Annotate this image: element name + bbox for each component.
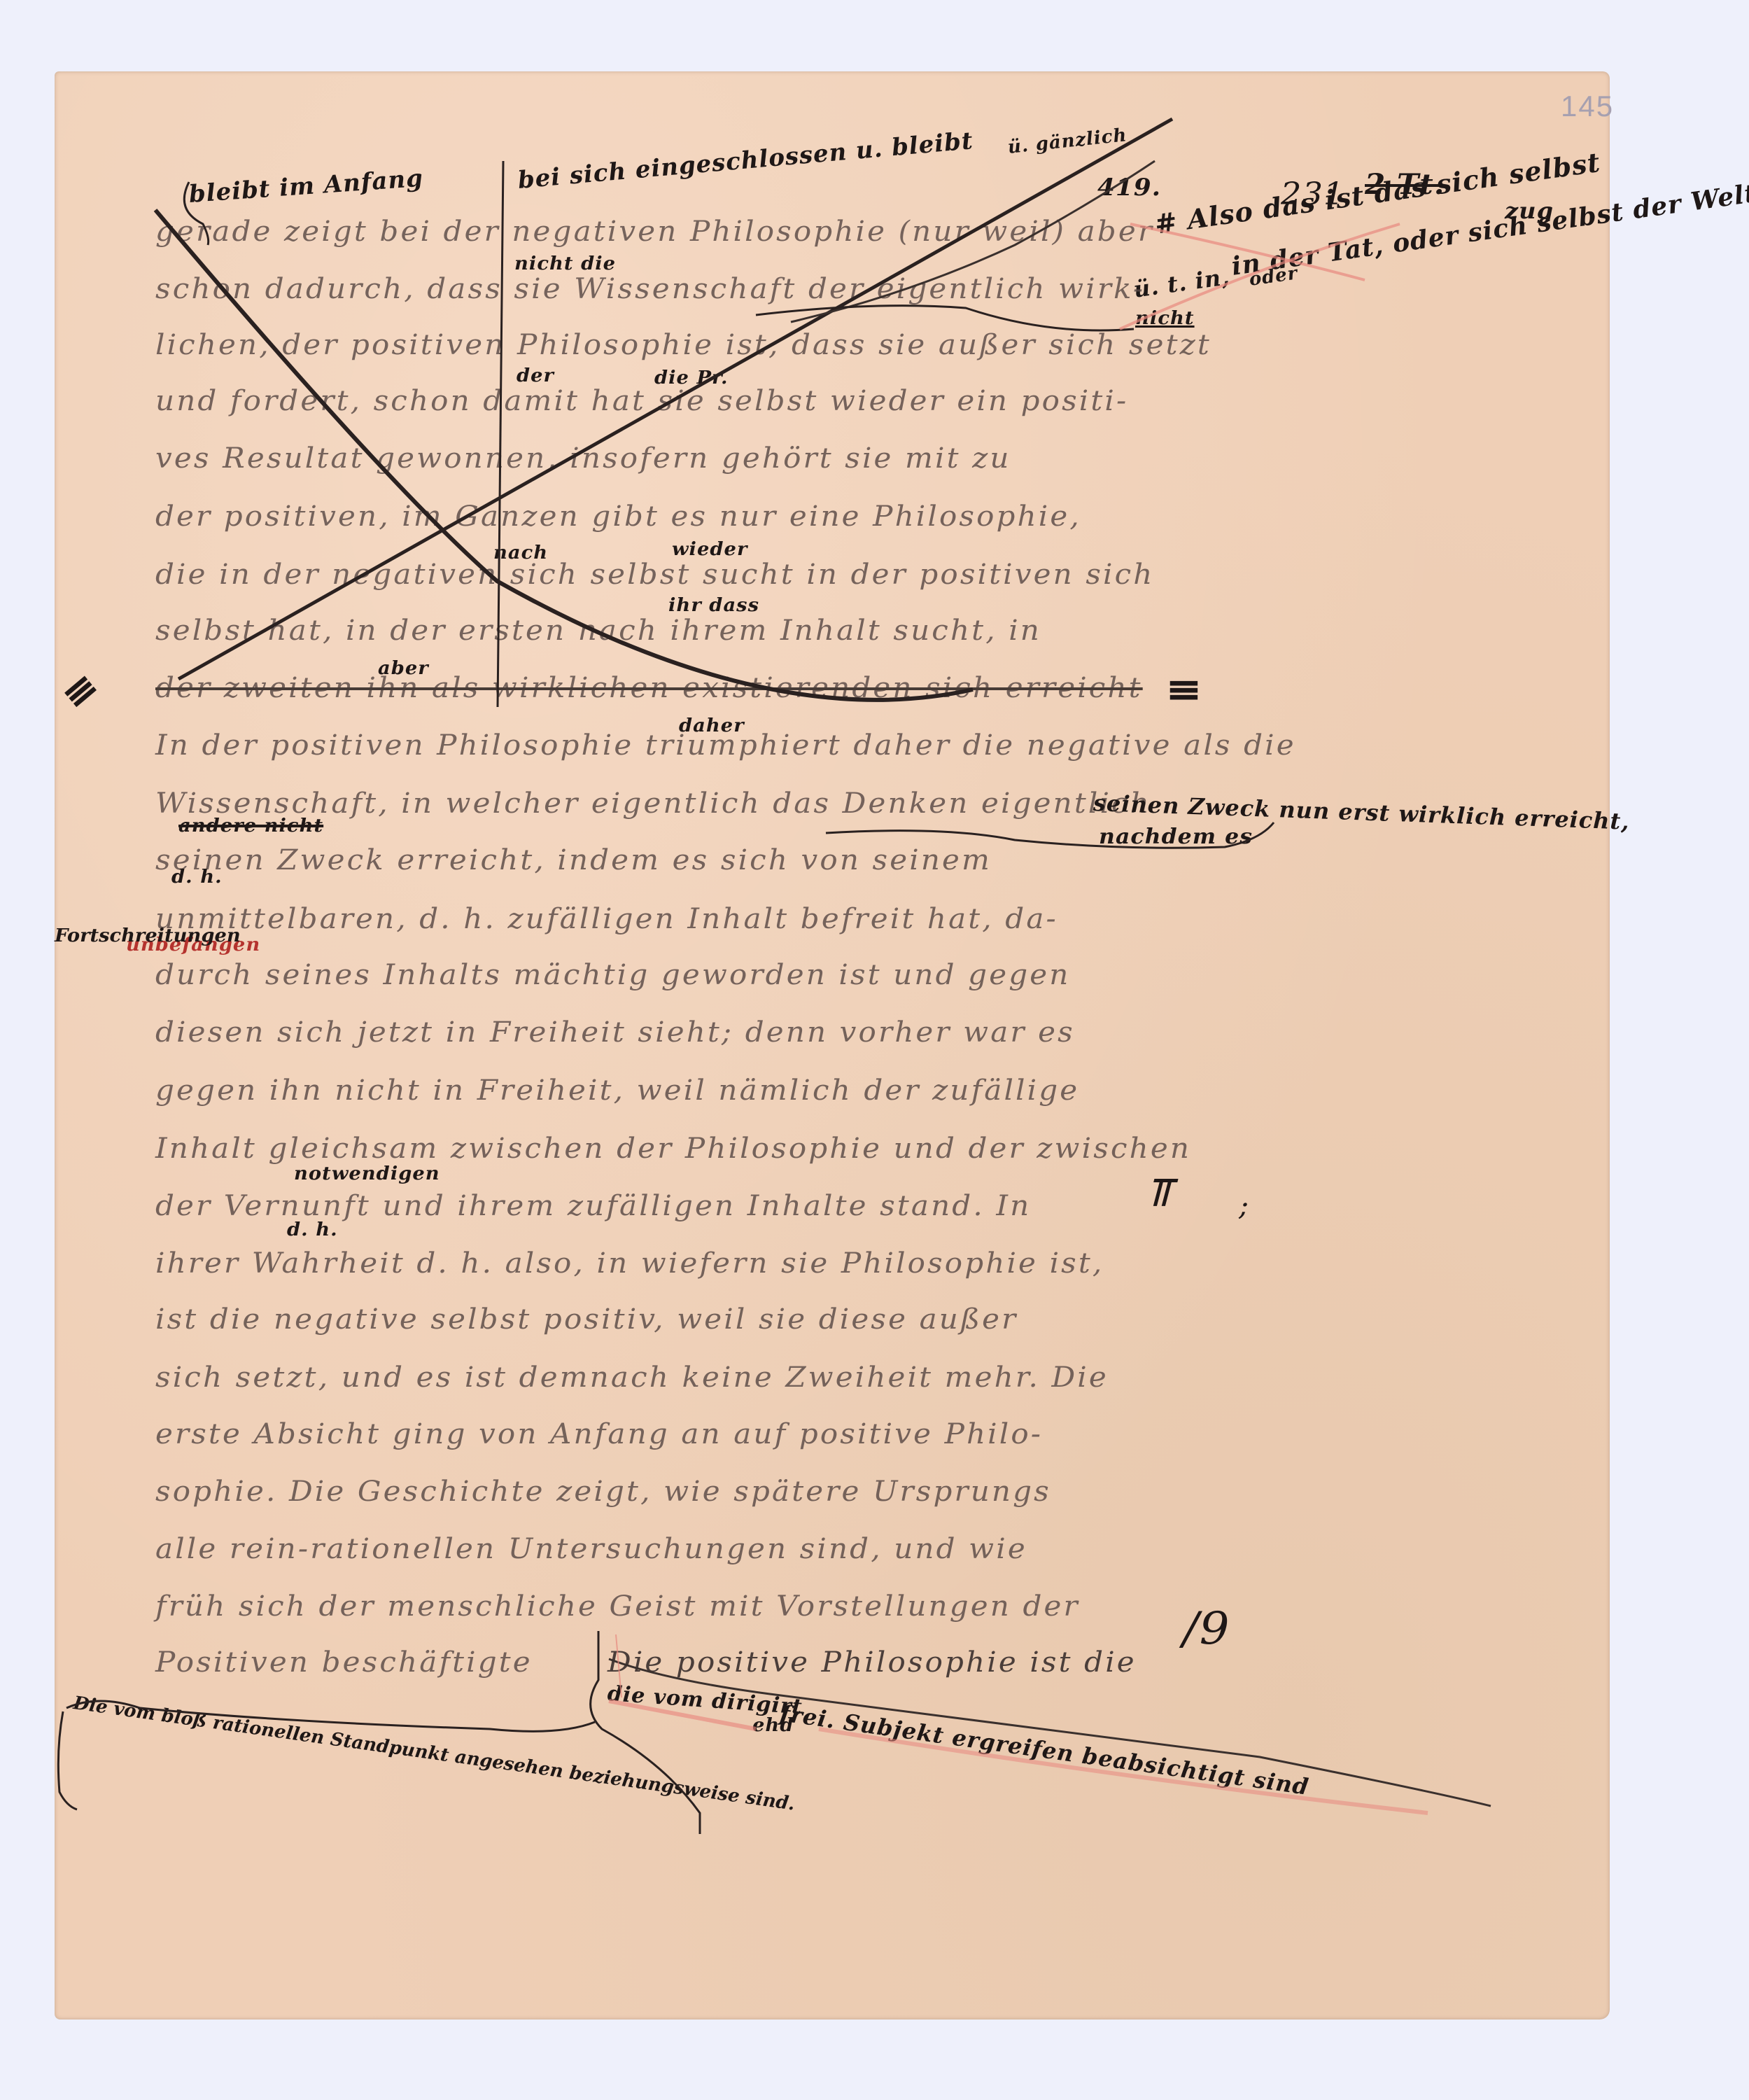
text-line: ihrer Wahrheit d. h. also, in wiefern si… <box>155 1247 1104 1280</box>
insertion: notwendigen <box>294 1163 440 1184</box>
folio-number: 145 <box>1561 90 1614 123</box>
text-line: früh sich der menschliche Geist mit Vors… <box>155 1590 1080 1623</box>
bottom-inline-start: Die positive Philosophie ist die <box>607 1646 1137 1679</box>
text-line-struck: der zweiten ihn als wirklichen existiere… <box>155 672 1143 704</box>
text-line: gegen ihn nicht in Freiheit, weil nämlic… <box>155 1074 1079 1107</box>
insertion: d. h. <box>287 1219 338 1240</box>
text-line: sophie. Die Geschichte zeigt, wie später… <box>155 1476 1051 1508</box>
text-line: Inhalt gleichsam zwischen der Philosophi… <box>155 1133 1191 1165</box>
text-line: sich setzt, und es ist demnach keine Zwe… <box>155 1361 1109 1394</box>
right-margin-note-line2: nachdem es <box>1099 825 1253 849</box>
insertion: wieder <box>672 539 747 560</box>
paragraph-mark: /9 <box>1183 1603 1230 1655</box>
text-line: selbst hat, in der ersten nach ihrem Inh… <box>155 615 1041 647</box>
triple-bar-mark-right: ≡ <box>1165 665 1203 714</box>
left-margin-note: Fortschreitungen <box>55 925 241 946</box>
insertion: daher <box>679 715 745 736</box>
semicolon-mark: ; <box>1239 1190 1249 1222</box>
text-line: schon dadurch, dass sie Wissenschaft der… <box>155 273 1145 305</box>
insertion: andere nicht <box>178 815 323 836</box>
insertion: aber <box>378 658 429 679</box>
insertion: d. h. <box>171 867 223 888</box>
insertion: nicht die <box>514 253 616 274</box>
text-line: lichen, der positiven Philosophie ist, d… <box>155 329 1211 361</box>
text-line: diesen sich jetzt in Freiheit sieht; den… <box>155 1016 1075 1049</box>
text-line: durch seines Inhalts mächtig geworden is… <box>155 959 1070 991</box>
insertion: ihr dass <box>668 595 759 616</box>
text-line: Positiven beschäftigte <box>155 1646 533 1679</box>
text-line: unmittelbaren, d. h. zufälligen Inhalt b… <box>155 903 1058 935</box>
text-line: die in der negativen sich selbst sucht i… <box>155 559 1154 591</box>
text-line: der Vernunft und ihrem zufälligen Inhalt… <box>155 1190 1031 1222</box>
text-line: ist die negative selbst positiv, weil si… <box>155 1303 1018 1336</box>
text-line: alle rein-rationellen Untersuchungen sin… <box>155 1533 1027 1565</box>
insertion: der <box>517 365 554 386</box>
text-line: gerade zeigt bei der negativen Philosoph… <box>155 216 1154 248</box>
insertion: die Pr. <box>654 367 729 388</box>
page-number-left: 419. <box>1097 174 1161 202</box>
insertion-sign-icon: ⫪ <box>1148 1169 1172 1216</box>
text-line: seinen Zweck erreicht, indem es sich von… <box>155 844 992 876</box>
insertion: nach <box>493 542 548 563</box>
text-line: und fordert, schon damit hat sie selbst … <box>155 385 1128 417</box>
text-line: erste Absicht ging von Anfang an auf pos… <box>155 1418 1043 1450</box>
text-line: ves Resultat gewonnen, insofern gehört s… <box>155 442 1011 475</box>
text-line: der positiven, im Ganzen gibt es nur ein… <box>155 500 1081 533</box>
top-right-note-tail: nicht <box>1135 308 1195 329</box>
